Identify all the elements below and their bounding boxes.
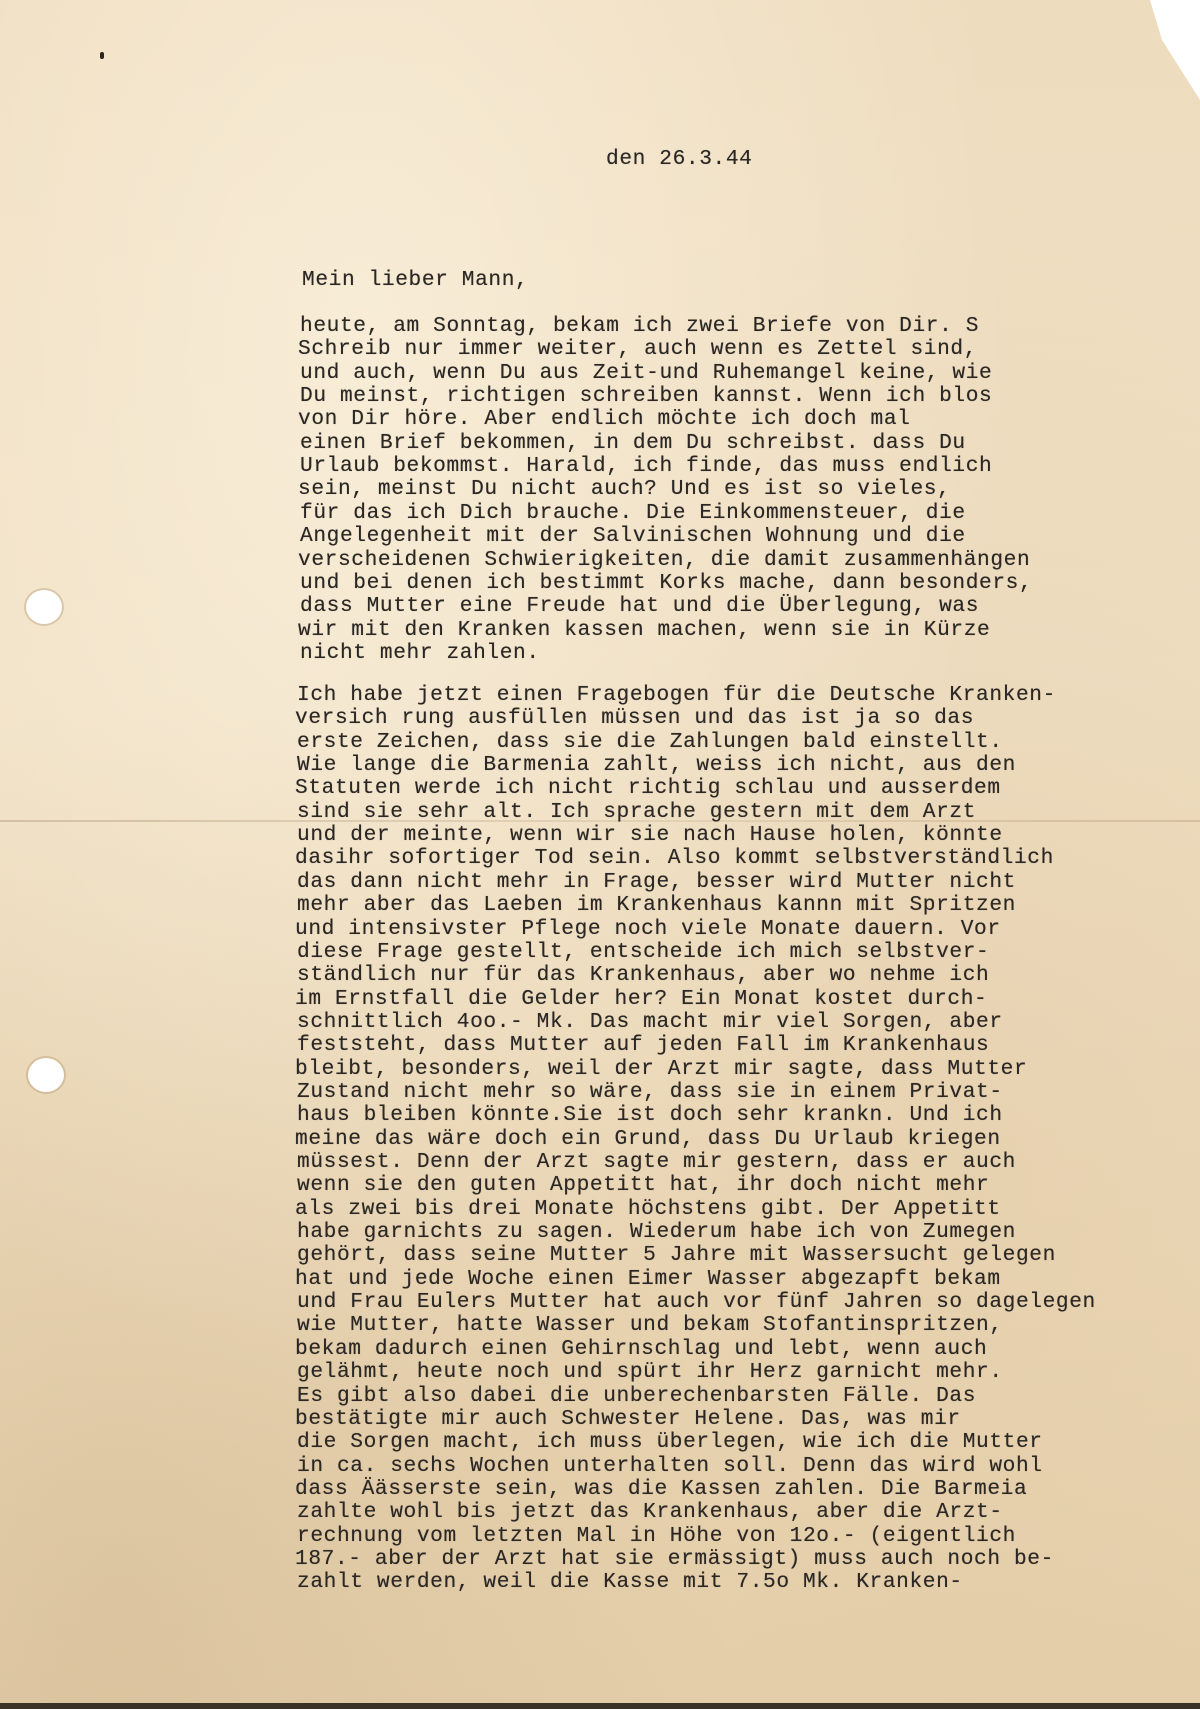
letter-line: verscheidenen Schwierigkeiten, die damit…	[298, 548, 1030, 572]
letter-line: Ich habe jetzt einen Fragebogen für die …	[297, 683, 1056, 707]
letter-line: Urlaub bekommst. Harald, ich finde, das …	[300, 454, 992, 478]
letter-line: erste Zeichen, dass sie die Zahlungen ba…	[297, 730, 1003, 754]
punch-hole-top	[26, 590, 62, 624]
letter-line: Es gibt also dabei die unberechenbarsten…	[297, 1384, 976, 1408]
letter-line: bekam dadurch einen Gehirnschlag und leb…	[295, 1337, 987, 1361]
letter-line: zahlte wohl bis jetzt das Krankenhaus, a…	[297, 1500, 1003, 1524]
letter-line: Du meinst, richtigen schreiben kannst. W…	[300, 384, 992, 408]
letter-line: Schreib nur immer weiter, auch wenn es Z…	[298, 337, 977, 361]
letter-line: diese Frage gestellt, entscheide ich mic…	[297, 940, 989, 964]
letter-line: in ca. sechs Wochen unterhalten soll. De…	[297, 1454, 1043, 1478]
letter-line: zahlt werden, weil die Kasse mit 7.5o Mk…	[297, 1570, 963, 1594]
letter-line: wenn sie den guten Appetitt hat, ihr doc…	[297, 1173, 989, 1197]
letter-line: das dann nicht mehr in Frage, besser wir…	[297, 870, 1016, 894]
letter-line: und auch, wenn Du aus Zeit-und Ruhemange…	[300, 361, 992, 385]
letter-line: dasihr sofortiger Tod sein. Also kommt s…	[295, 846, 1054, 870]
letter-line: Wie lange die Barmenia zahlt, weiss ich …	[297, 753, 1016, 777]
letter-line: schnittlich 4oo.- Mk. Das macht mir viel…	[297, 1010, 1003, 1034]
letter-line: dass Äässerste sein, was die Kassen zahl…	[295, 1477, 1027, 1501]
letter-line: dass Mutter eine Freude hat und die Über…	[300, 594, 979, 618]
letter-line: und bei denen ich bestimmt Korks mache, …	[300, 571, 1032, 595]
letter-line: mehr aber das Laeben im Krankenhaus kann…	[297, 893, 1016, 917]
ink-speck	[100, 52, 104, 59]
letter-line: ständlich nur für das Krankenhaus, aber …	[297, 963, 989, 987]
letter-line: habe garnichts zu sagen. Wiederum habe i…	[297, 1220, 1016, 1244]
letter-line: für das ich Dich brauche. Die Einkommens…	[300, 501, 966, 525]
letter-line: und intensivster Pflege noch viele Monat…	[295, 917, 1001, 941]
letter-line: bestätigte mir auch Schwester Helene. Da…	[295, 1407, 961, 1431]
paper-bottom-edge	[0, 1703, 1200, 1709]
letter-line: die Sorgen macht, ich muss überlegen, wi…	[297, 1430, 1043, 1454]
letter-line: feststeht, dass Mutter auf jeden Fall im…	[297, 1033, 989, 1057]
letter-line: meine das wäre doch ein Grund, dass Du U…	[295, 1127, 1001, 1151]
letter-line: müssest. Denn der Arzt sagte mir gestern…	[297, 1150, 1016, 1174]
letter-line: nicht mehr zahlen.	[300, 641, 540, 665]
letter-line: gehört, dass seine Mutter 5 Jahre mit Wa…	[297, 1243, 1056, 1267]
letter-line: sein, meinst Du nicht auch? Und es ist s…	[298, 477, 950, 501]
letter-line: im Ernstfall die Gelder her? Ein Monat k…	[295, 987, 987, 1011]
letter-salutation: Mein lieber Mann,	[302, 268, 528, 292]
letter-line: haus bleiben könnte.Sie ist doch sehr kr…	[297, 1103, 1003, 1127]
letter-line: von Dir höre. Aber endlich möchte ich do…	[298, 407, 910, 431]
letter-line: rechnung vom letzten Mal in Höhe von 12o…	[297, 1524, 1016, 1548]
letter-line: und der meinte, wenn wir sie nach Hause …	[297, 823, 1003, 847]
letter-line: 187.- aber der Arzt hat sie ermässigt) m…	[295, 1547, 1054, 1571]
letter-line: als zwei bis drei Monate höchstens gibt.…	[295, 1197, 1001, 1221]
letter-line: einen Brief bekommen, in dem Du schreibs…	[300, 431, 966, 455]
letter-line: versich rung ausfüllen müssen und das is…	[295, 706, 974, 730]
letter-line: Zustand nicht mehr so wäre, dass sie in …	[297, 1080, 1003, 1104]
letter-line: wir mit den Kranken kassen machen, wenn …	[298, 618, 990, 642]
letter-line: bleibt, besonders, weil der Arzt mir sag…	[295, 1057, 1027, 1081]
letter-date: den 26.3.44	[606, 147, 752, 171]
letter-line: Statuten werde ich nicht richtig schlau …	[295, 776, 1001, 800]
letter-line: heute, am Sonntag, bekam ich zwei Briefe…	[300, 314, 979, 338]
punch-hole-bottom	[28, 1058, 64, 1092]
letter-line: sind sie sehr alt. Ich sprache gestern m…	[297, 800, 976, 824]
letter-line: und Frau Eulers Mutter hat auch vor fünf…	[297, 1290, 1096, 1314]
letter-line: Angelegenheit mit der Salvinischen Wohnu…	[300, 524, 966, 548]
letter-line: wie Mutter, hatte Wasser und bekam Stofa…	[297, 1313, 1003, 1337]
letter-line: hat und jede Woche einen Eimer Wasser ab…	[295, 1267, 1001, 1291]
letter-line: gelähmt, heute noch und spürt ihr Herz g…	[297, 1360, 1003, 1384]
